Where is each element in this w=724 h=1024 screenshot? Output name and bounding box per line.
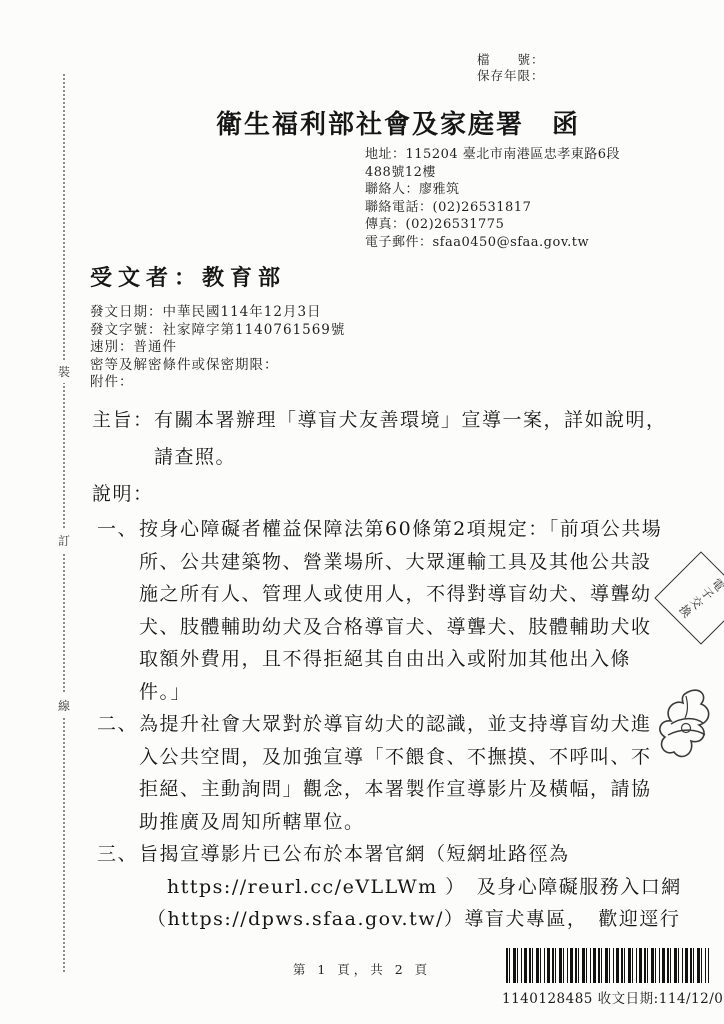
issue-date-line: 發文日期：中華民國114年12月3日	[90, 304, 345, 322]
sender-fax: 傳真：(02)26531775	[365, 216, 620, 234]
item-text: 按身心障礙者權益保障法第60條第2項規定：「前項公共場 所、公共建築物、營業場所…	[139, 513, 667, 708]
subject-line: 請查照。	[154, 439, 667, 476]
item-text: 為提升社會大眾對於導盲幼犬的認識，並支持導盲幼犬進 入公共空間，及加強宣導「不餵…	[139, 708, 667, 838]
issue-number-line: 發文字號：社家障字第1140761569號	[90, 322, 345, 340]
document-title: 衛生福利部社會及家庭署 函	[216, 104, 580, 141]
file-number-label: 檔 號：	[477, 52, 545, 68]
body-line: 所、公共建築物、營業場所、大眾運輸工具及其他公共設	[139, 546, 667, 579]
body-line: 按身心障礙者權益保障法第60條第2項規定：「前項公共場	[139, 513, 667, 546]
binding-char-zhuang: 裝	[56, 360, 72, 383]
body-line: 件。」	[139, 676, 667, 709]
scanned-letter-page: 裝 訂 線 檔 號： 保存年限： 衛生福利部社會及家庭署 函 地址：115204…	[0, 0, 724, 1024]
electronic-exchange-stamp-text: 電子交換	[674, 574, 724, 622]
binding-line: 裝 訂 線	[63, 74, 65, 972]
body-line url-line: https://reurl.cc/eVLLWm ） 及身心障礙服務入口網	[139, 871, 682, 904]
subject-text: 有關本署辦理「導盲犬友善環境」宣導一案，詳如說明， 請查照。	[154, 402, 667, 476]
partial-stamp-icon	[650, 684, 720, 769]
recipient-line: 受文者：教育部	[90, 261, 286, 292]
body-line: 助推廣及周知所轄單位。	[139, 806, 667, 839]
item-text: 旨揭宣導影片已公布於本署官網（短網址路徑為 https://reurl.cc/e…	[139, 838, 682, 936]
partial-stamp-mark	[650, 684, 720, 773]
body-line: 旨揭宣導影片已公布於本署官網（短網址路徑為	[139, 838, 682, 871]
speed-class-line: 速別：普通件	[90, 339, 345, 357]
attachment-line: 附件：	[90, 374, 345, 392]
letter-body: 主旨： 有關本署辦理「導盲犬友善環境」宣導一案，詳如說明， 請查照。 說明： 一…	[92, 402, 667, 936]
body-line url-line: （https://dpws.sfaa.gov.tw/）導盲犬專區， 歡迎逕行	[139, 903, 682, 936]
sender-contact-person: 聯絡人：廖雅筑	[365, 181, 620, 199]
item-number: 二、	[97, 708, 139, 838]
body-line: 拒絕、主動詢問」觀念，本署製作宣導影片及橫幅，請協	[139, 773, 667, 806]
item-number: 三、	[97, 838, 139, 936]
sender-address-line1: 地址：115204 臺北市南港區忠孝東路6段	[365, 146, 620, 164]
binding-char-ding: 訂	[56, 529, 72, 552]
archive-labels: 檔 號： 保存年限：	[477, 52, 545, 84]
explanation-item-2: 二、 為提升社會大眾對於導盲幼犬的認識，並支持導盲幼犬進 入公共空間，及加強宣導…	[92, 708, 667, 838]
body-line: 施之所有人、管理人或使用人，不得對導盲幼犬、導聾幼	[139, 578, 667, 611]
explanation-item-1: 一、 按身心障礙者權益保障法第60條第2項規定：「前項公共場 所、公共建築物、營…	[92, 513, 667, 708]
security-class-line: 密等及解密條件或保密期限：	[90, 357, 345, 375]
explanation-item-3: 三、 旨揭宣導影片已公布於本署官網（短網址路徑為 https://reurl.c…	[92, 838, 667, 936]
body-line: 取額外費用，且不得拒絕其自由出入或附加其他出入條	[139, 643, 667, 676]
received-barcode	[506, 948, 709, 983]
retention-period-label: 保存年限：	[477, 68, 545, 84]
sender-address-line2: 488號12樓	[365, 164, 620, 182]
body-line: 入公共空間，及加強宣導「不餵食、不撫摸、不呼叫、不	[139, 741, 667, 774]
body-line: 犬、肢體輔助幼犬及合格導盲犬、導聾犬、肢體輔助犬收	[139, 611, 667, 644]
sender-phone: 聯絡電話：(02)26531817	[365, 199, 620, 217]
subject-section: 主旨： 有關本署辦理「導盲犬友善環境」宣導一案，詳如說明， 請查照。	[92, 402, 667, 476]
explanation-label: 說明：	[92, 476, 667, 513]
document-meta-block: 發文日期：中華民國114年12月3日 發文字號：社家障字第1140761569號…	[90, 304, 345, 392]
sender-contact-block: 地址：115204 臺北市南港區忠孝東路6段 488號12樓 聯絡人：廖雅筑 聯…	[365, 146, 620, 252]
item-number: 一、	[97, 513, 139, 708]
binding-char-xian: 線	[56, 694, 72, 717]
subject-label: 主旨：	[92, 402, 154, 476]
sender-email: 電子郵件：sfaa0450@sfaa.gov.tw	[365, 234, 620, 252]
received-number-caption: 1140128485 收文日期:114/12/03	[502, 987, 724, 1007]
body-line: 為提升社會大眾對於導盲幼犬的認識，並支持導盲幼犬進	[139, 708, 667, 741]
subject-line: 有關本署辦理「導盲犬友善環境」宣導一案，詳如說明，	[154, 402, 667, 439]
